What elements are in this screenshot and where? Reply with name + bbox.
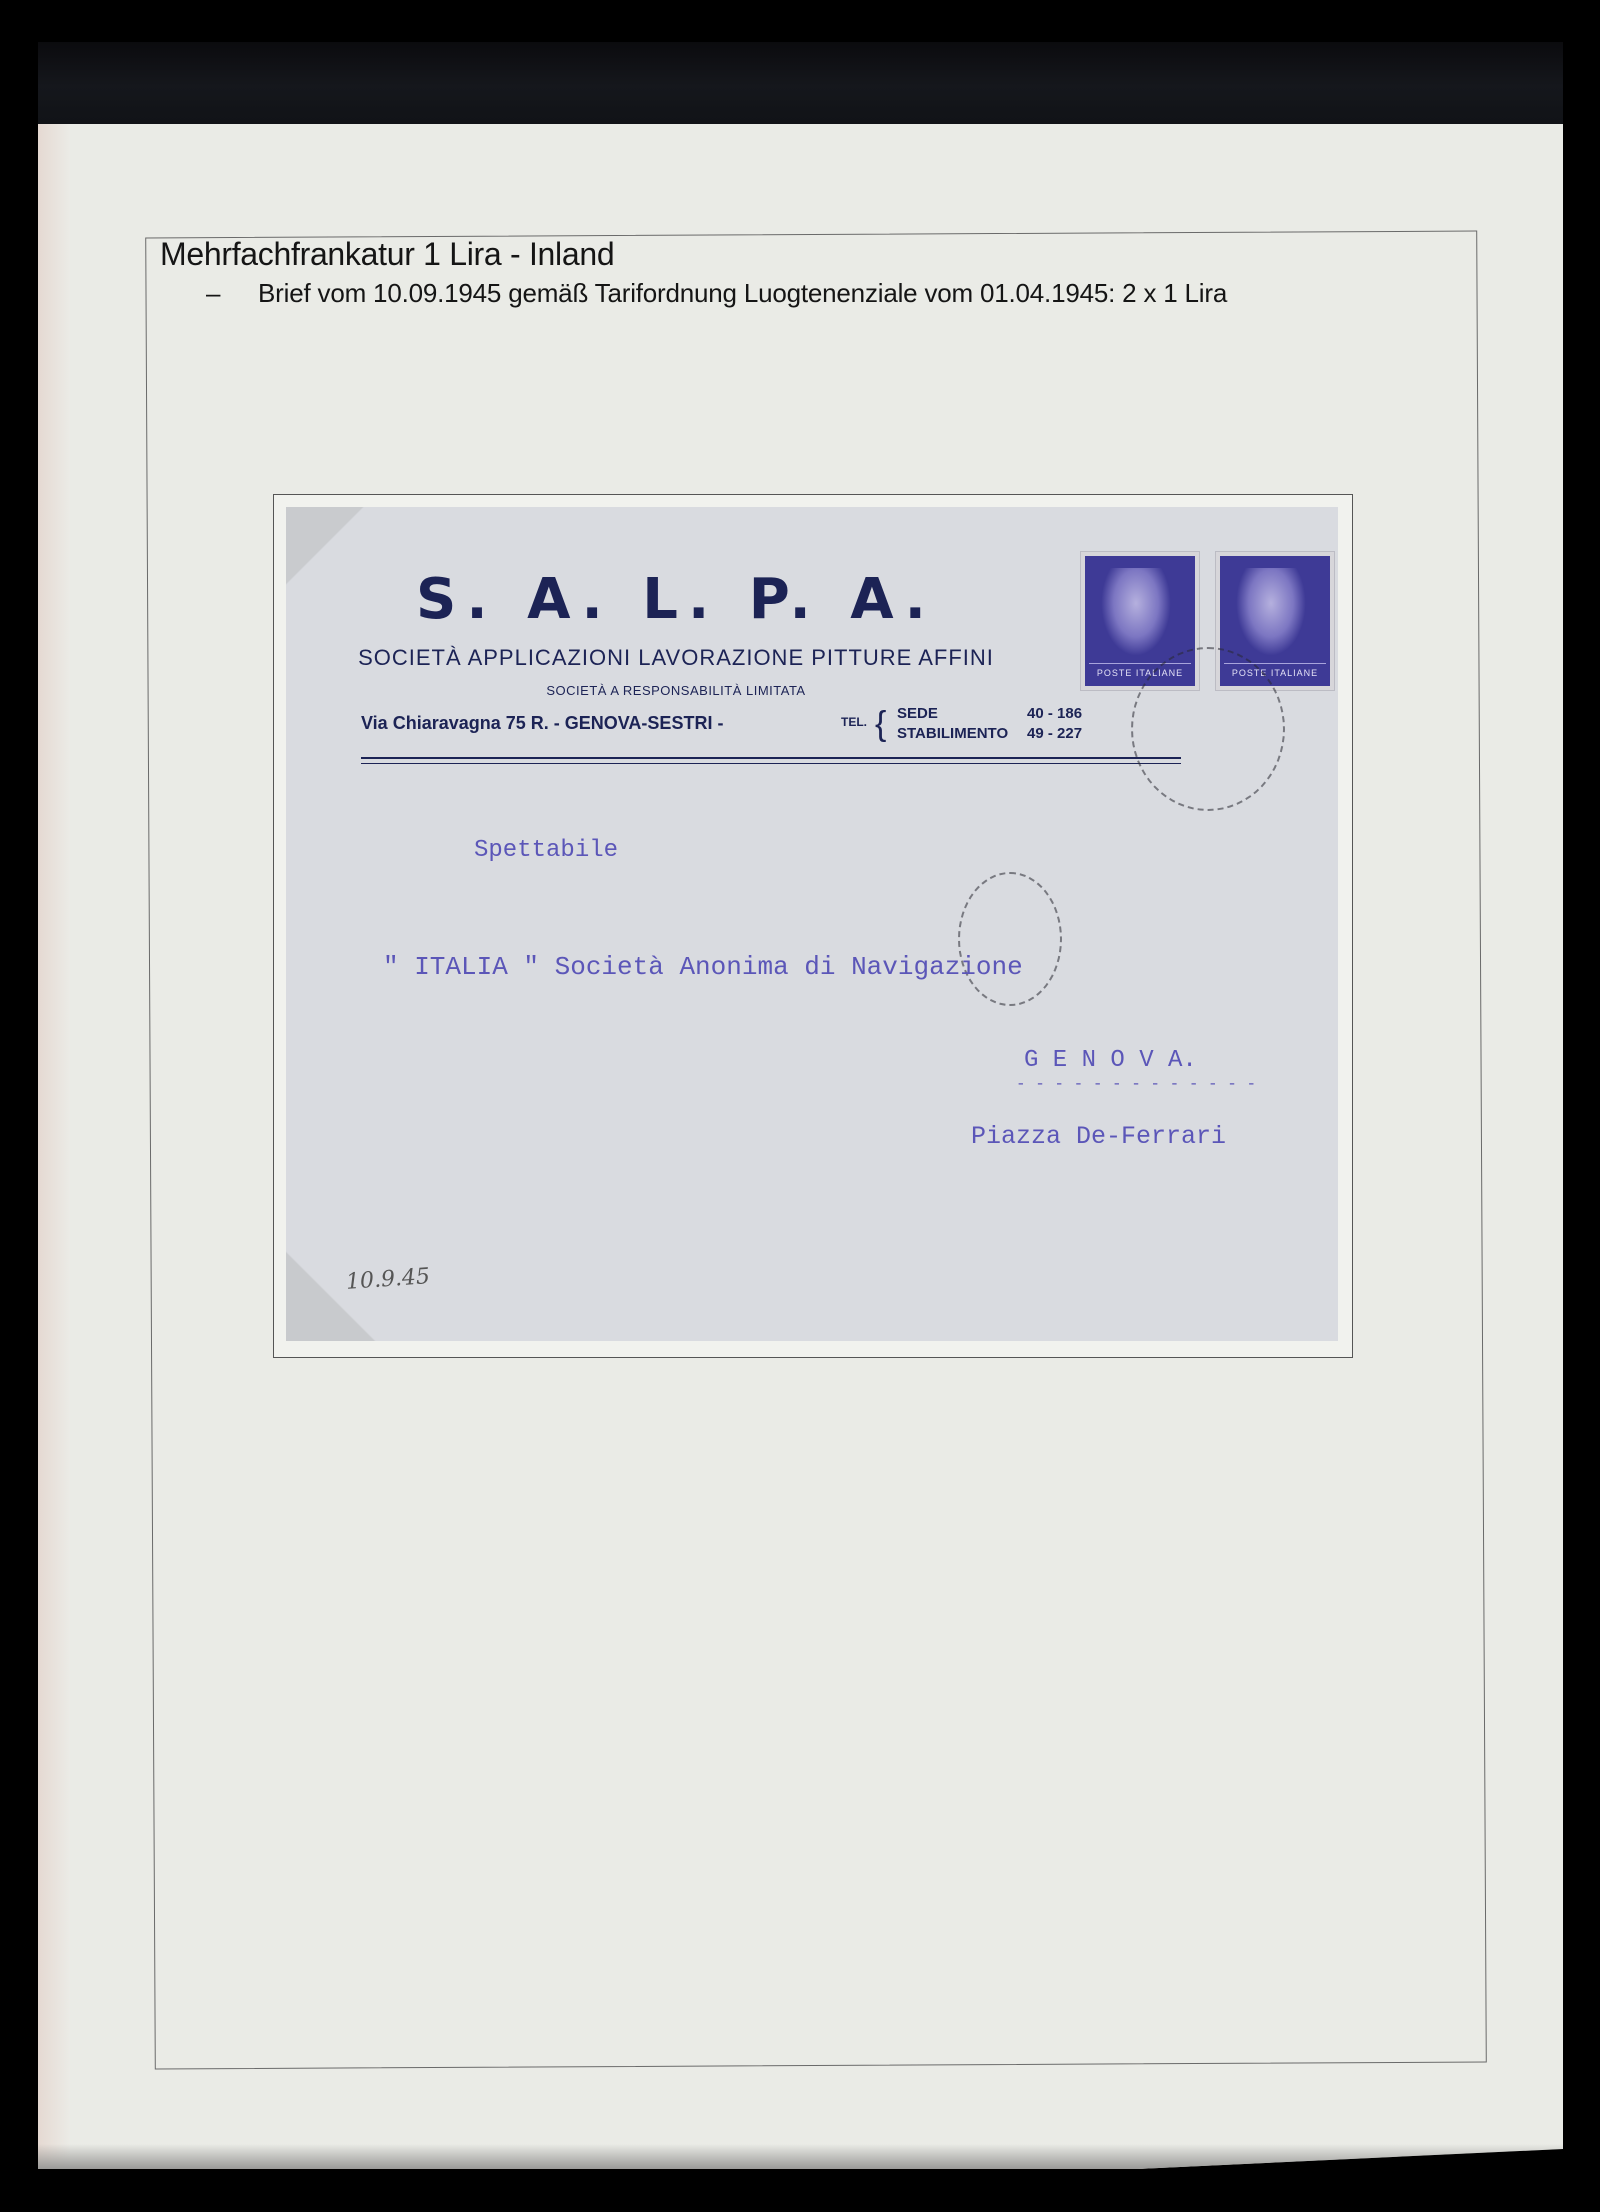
company-logo: S. A. L. P. A. xyxy=(286,567,1066,632)
letterhead-rule xyxy=(361,757,1181,759)
letterhead-rule xyxy=(361,763,1181,764)
album-page: Mehrfachfrankatur 1 Lira - Inland – Brie… xyxy=(38,124,1563,2169)
addressee-city: G E N O V A. xyxy=(1024,1047,1197,1074)
tel-label: TEL. xyxy=(841,715,867,729)
cover-mount: S. A. L. P. A. SOCIETÀ APPLICAZIONI LAVO… xyxy=(273,494,1353,1358)
addressee-street: Piazza De-Ferrari xyxy=(971,1122,1226,1151)
page-description: – Brief vom 10.09.1945 gemäß Tarifordnun… xyxy=(206,278,1227,309)
page-title: Mehrfachfrankatur 1 Lira - Inland xyxy=(160,236,614,273)
portrait-icon xyxy=(1101,568,1171,656)
postmark-cancel xyxy=(1131,647,1285,811)
description-text: Brief vom 10.09.1945 gemäß Tarifordnung … xyxy=(258,278,1227,308)
company-address: Via Chiaravagna 75 R. - GENOVA-SESTRI - xyxy=(361,713,723,734)
envelope: S. A. L. P. A. SOCIETÀ APPLICAZIONI LAVO… xyxy=(286,507,1338,1341)
postmark-cancel xyxy=(958,872,1062,1006)
pencil-note: 10.9.45 xyxy=(345,1264,431,1295)
album-binding-shadow xyxy=(38,42,1563,130)
bullet-dash: – xyxy=(206,278,251,309)
page-bottom-shadow xyxy=(38,2144,1563,2169)
brace-icon: { xyxy=(875,705,886,744)
city-underline: - - - - - - - - - - - - - xyxy=(1016,1075,1256,1093)
phone-row: SEDE 40 - 186 xyxy=(897,705,938,722)
company-name: SOCIETÀ APPLICAZIONI LAVORAZIONE PITTURE… xyxy=(286,645,1066,671)
addressee-name: " ITALIA " Società Anonima di Navigazion… xyxy=(383,952,1023,982)
salutation: Spettabile xyxy=(474,837,618,864)
company-type: SOCIETÀ A RESPONSABILITÀ LIMITATA xyxy=(286,683,1066,698)
phone-row: STABILIMENTO 49 - 227 xyxy=(897,725,1008,742)
portrait-icon xyxy=(1236,568,1306,656)
